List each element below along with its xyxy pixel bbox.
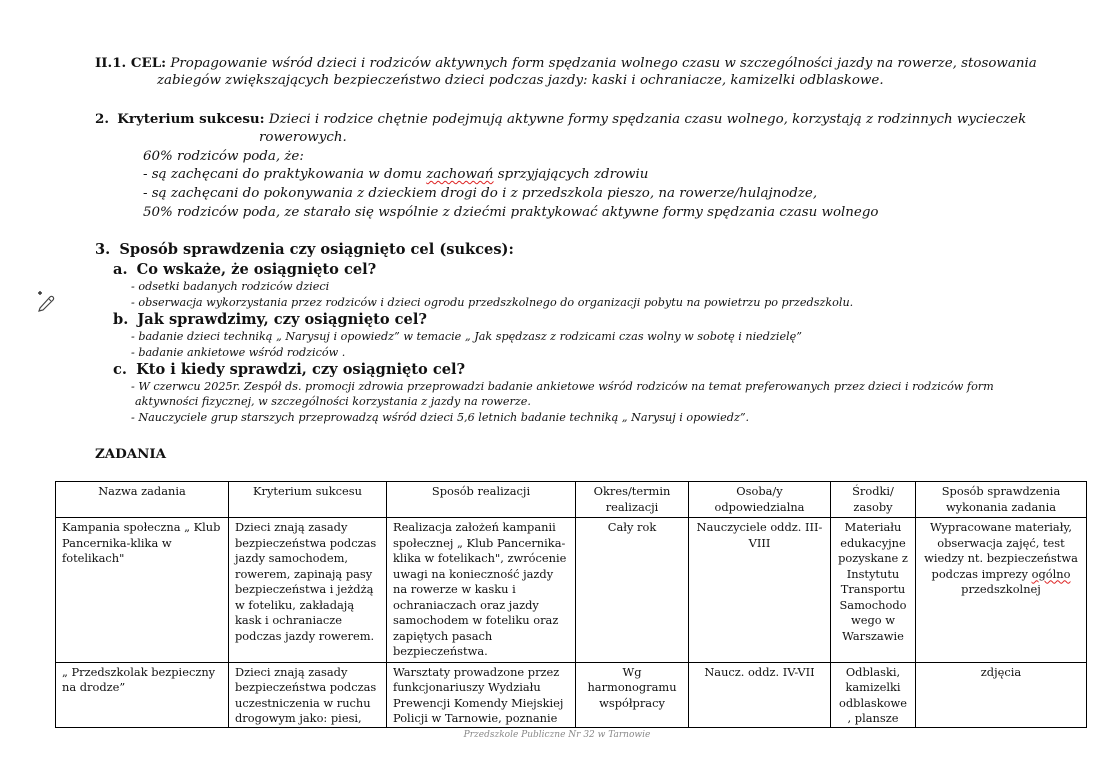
cell-period: Cały rok — [576, 518, 689, 663]
table-row: „ Przedszkolak bezpieczny na drodze” Dzi… — [56, 662, 1087, 727]
subsection-b-item-0: - badanie dzieci techniką „ Narysuj i op… — [131, 330, 802, 343]
goal-label: II.1. CEL: — [95, 55, 166, 71]
goal-text-2: zabiegów zwiększających bezpieczeństwo d… — [157, 73, 884, 88]
criterion-text-1: Dzieci i rodzice chętnie podejmują aktyw… — [269, 112, 1026, 127]
criterion-label: Kryterium sukcesu: — [117, 111, 264, 127]
tasks-heading: ZADANIA — [95, 446, 166, 462]
col-header-verification: Sposób sprawdzenia wykonania zadania — [916, 482, 1087, 518]
cell-resources: Odblaski, kamizelki odblaskowe , plansze — [831, 662, 916, 727]
cell-resources-text: Odblaski, kamizelki odblaskowe , plansze — [837, 665, 909, 725]
cell-responsible: Nauczyciele oddz. III-VIII — [689, 518, 831, 663]
criterion-item-3: 50% rodziców poda, ze starało się wspóln… — [143, 205, 879, 220]
subsection-c-title: Kto i kiedy sprawdzi, czy osiągnięto cel… — [136, 361, 465, 378]
cell-responsible-text: Naucz. oddz. IV-VII — [695, 665, 824, 725]
criterion-item-1-rest: sprzyjających zdrowiu — [494, 167, 649, 182]
verification-heading: 3. Sposób sprawdzenia czy osiągnięto cel… — [95, 241, 514, 258]
criterion-item-1: - są zachęcani do praktykowania w domu z… — [143, 167, 648, 182]
subsection-c-letter: c. — [113, 361, 127, 378]
subsection-c-item-2: - Nauczyciele grup starszych przeprowadz… — [131, 411, 749, 424]
cell-verification: Wypracowane materiały, obserwacja zajęć,… — [916, 518, 1087, 663]
subsection-b-letter: b. — [113, 311, 128, 328]
col-header-criterion: Kryterium sukcesu — [229, 482, 387, 518]
verification-number: 3. — [95, 241, 110, 258]
subsection-a-item-0: - odsetki badanych rodziców dzieci — [131, 280, 329, 293]
subsection-a-heading: a. Co wskaże, że osiągnięto cel? — [113, 261, 376, 278]
cell-period: Wg harmonogramu współpracy — [576, 662, 689, 727]
spellcheck-flagged-word[interactable]: ogólno — [1032, 567, 1071, 581]
criterion-item-1-text: - są zachęcani do praktykowania w domu — [143, 167, 426, 182]
subsection-a-letter: a. — [113, 261, 128, 278]
criterion-number: 2. — [95, 111, 109, 127]
subsection-c-item-1: aktywności fizycznej, w szczególności ko… — [135, 395, 531, 408]
cell-method-text: Warsztaty prowadzone przez funkcjonarius… — [393, 665, 569, 725]
subsection-c-item-0: - W czerwcu 2025r. Zespół ds. promocji z… — [131, 380, 994, 393]
page-footer: Przedszkole Publiczne Nr 32 w Tarnowie — [0, 730, 1114, 740]
subsection-a-title: Co wskaże, że osiągnięto cel? — [137, 261, 377, 278]
cell-name: Kampania społeczna „ Klub Pancernika-kli… — [56, 518, 229, 663]
goal-text-1: Propagowanie wśród dzieci i rodziców akt… — [170, 56, 1036, 71]
cell-resources: Materiału edukacyjne pozyskane z Instytu… — [831, 518, 916, 663]
col-header-method: Sposób realizacji — [387, 482, 576, 518]
cell-responsible: Naucz. oddz. IV-VII — [689, 662, 831, 727]
col-header-period: Okres/termin realizacji — [576, 482, 689, 518]
col-header-resources: Środki/ zasoby — [831, 482, 916, 518]
goal-line-1: II.1. CEL: Propagowanie wśród dzieci i r… — [95, 55, 1037, 71]
cell-verification-text: zdjęcia — [922, 665, 1080, 725]
cell-criterion-text: Dzieci znają zasady bezpieczeństwa podcz… — [235, 665, 380, 725]
subsection-b-item-1: - badanie ankietowe wśród rodziców . — [131, 346, 345, 359]
spellcheck-flagged-word[interactable]: zachowań — [426, 167, 493, 182]
cell-name-text: „ Przedszkolak bezpieczny na drodze” — [62, 665, 222, 725]
tasks-table: Nazwa zadania Kryterium sukcesu Sposób r… — [55, 481, 1087, 728]
subsection-b-heading: b. Jak sprawdzimy, czy osiągnięto cel? — [113, 311, 427, 328]
cell-period-text: Wg harmonogramu współpracy — [582, 665, 682, 725]
subsection-c-heading: c. Kto i kiedy sprawdzi, czy osiągnięto … — [113, 361, 465, 378]
cell-name: „ Przedszkolak bezpieczny na drodze” — [56, 662, 229, 727]
criterion-text-2: rowerowych. — [259, 130, 347, 145]
subsection-b-title: Jak sprawdzimy, czy osiągnięto cel? — [137, 311, 427, 328]
criterion-line-1: 2. Kryterium sukcesu: Dzieci i rodzice c… — [95, 111, 1026, 127]
cell-method: Warsztaty prowadzone przez funkcjonarius… — [387, 662, 576, 727]
cell-method: Realizacja założeń kampanii społecznej „… — [387, 518, 576, 663]
verification-title: Sposób sprawdzenia czy osiągnięto cel (s… — [119, 241, 514, 258]
cell-criterion: Dzieci znają zasady bezpieczeństwa podcz… — [229, 662, 387, 727]
col-header-name: Nazwa zadania — [56, 482, 229, 518]
table-row: Kampania społeczna „ Klub Pancernika-kli… — [56, 518, 1087, 663]
cell-verification: zdjęcia — [916, 662, 1087, 727]
cell-verification-rest: przedszkolnej — [961, 582, 1041, 596]
magic-pen-icon[interactable] — [35, 290, 57, 312]
col-header-responsible: Osoba/y odpowiedzialna — [689, 482, 831, 518]
criterion-item-2: - są zachęcani do pokonywania z dzieckie… — [143, 186, 817, 201]
cell-criterion: Dzieci znają zasady bezpieczeństwa podcz… — [229, 518, 387, 663]
subsection-a-item-1: - obserwacja wykorzystania przez rodzicó… — [131, 296, 853, 309]
table-header-row: Nazwa zadania Kryterium sukcesu Sposób r… — [56, 482, 1087, 518]
criterion-item-0: 60% rodziców poda, że: — [143, 149, 304, 164]
